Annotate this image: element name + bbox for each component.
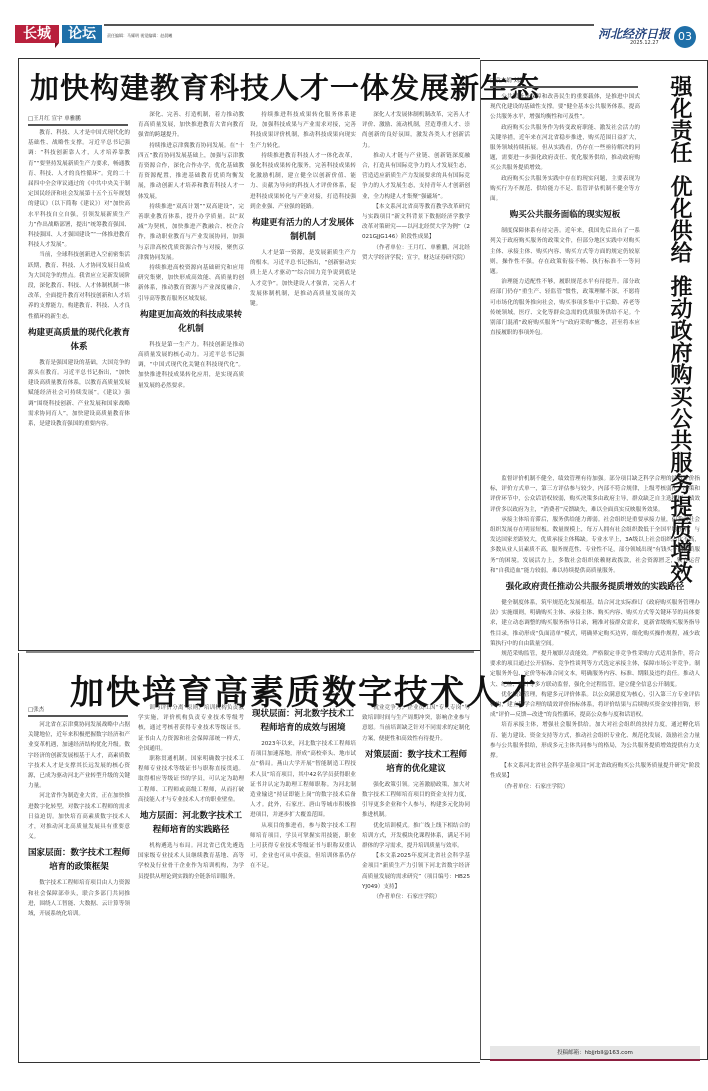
subheading: 对策层面：数字技术工程师培育的优化建议: [362, 748, 470, 776]
paragraph: 河北省作为制造业大省，正在加快推进数字化转型，对数字技术工程师的需求日益迫切。加…: [28, 791, 130, 842]
section-divider: [26, 651, 474, 653]
paragraph: 持续推进科技成果转化服务体系建设，加强科技成果与产业需求对接，完善科技成果评价机…: [250, 110, 356, 151]
paragraph: 教育是强国建设的基础，大国竞争的源头在教育。习近平总书记指出，“加快建设高质量教…: [28, 358, 130, 429]
byline-rule: [28, 124, 128, 126]
editors-credit: 责任编辑：马耀明 视觉编辑：赵晨曦: [107, 33, 172, 39]
author-affiliation: （作者单位：石家庄学院）: [362, 892, 470, 902]
paragraph: 持续推进“双高计划”“双高建设”，完善职业教育体系，提升办学质量。以“双减”为契…: [138, 202, 244, 263]
author-affiliation: （作者单位：王月红、单雅鹏，河北经贸大学经济学院；宣宇，财达证券研究院）: [362, 243, 470, 263]
paragraph: 当前，全球科技创新进入空前密集活跃期，教育、科技、人才协同发展日益成为大国竞争的…: [28, 250, 130, 321]
paragraph: 政府购买公共服务作为转变政府职能、激发社会活力的关键举措，近年来在河北省稳步推进…: [490, 123, 640, 174]
author-affiliation: （作者单位：石家庄学院）: [490, 782, 700, 792]
paragraph: 持续推进教育科技人才一体化改革，强化科技成果转化服务，完善科技成果转化激励机制，…: [250, 151, 356, 212]
paragraph: 数字技术工程师培育项目由人力资源和社会保障部牵头，联合多部门共同推进，围绕人工智…: [28, 878, 130, 919]
paragraph: 科技是第一生产力。科技创新是推动高质量发展的核心动力。习近平总书记强调，“中国式…: [138, 340, 244, 391]
subheading: 现状层面：河北数字技术工程师培育的成效与困境: [250, 707, 356, 735]
subheading: 构建更高质量的现代化教育体系: [28, 326, 130, 354]
paragraph: 监督评价机制不健全，绩效管理有待加强。部分项目缺乏科学合理的绩效评价指标，评价方…: [490, 474, 700, 515]
byline-rule: [28, 715, 128, 717]
subheading: 购买公共服务面临的现实短板: [490, 208, 640, 222]
article3-byline: □袁文娟 刘瑞: [490, 76, 524, 84]
funding-note: 【本文系河北省社会科学基金项目“河北省政府购买公共服务质量提升研究”阶段性成果】: [490, 761, 700, 781]
article1-headline: 加快构建教育科技人才一体发展新生态: [30, 66, 540, 107]
issue-date: 2025.12.27: [630, 40, 659, 46]
paragraph: 优化绩效管理，构建多元评价体系。以公众满意度为核心，引入第三方专业评估机构，建立…: [490, 690, 700, 721]
subheading: 强化政府责任推动公共服务提质增效的实践路径: [490, 580, 700, 594]
paragraph: 健全制度体系，筑牢规范化发展根基。结合河北实际修订《政府购买服务管理办法》实施细…: [490, 598, 700, 649]
paragraph: 2023年以来，河北数字技术工程师培育项目加速落地，形成“高校牵头、地市试点”格…: [250, 739, 356, 821]
paragraph: 深化人才发展体制机制改革，完善人才评价、激励、流动机制，营造尊重人才、崇尚创新的…: [362, 110, 470, 151]
paragraph: 治理能力适配性不够，履职规范水平有待提升。部分政府部门仍存“重生产、轻监管”惯性…: [490, 277, 640, 338]
paragraph: 持续推进高校资源向基础研究和应用研究集聚，加快形成高效能、高质量的创新体系，推动…: [138, 263, 244, 304]
paragraph: 政府购买公共服务实践中存在的现实问题，主要表现为购买行为不规范、供给能力不足、监…: [490, 174, 640, 205]
funding-note: 【本文系2025年度河北省社会科学基金项目“新质生产力引领下河北省数字经济高质量…: [362, 851, 470, 892]
subheading: 构建更有活力的人才发展体制机制: [250, 216, 356, 244]
paragraph: 承接主体培育滞后，服务供给能力薄弱。社会组织是重要承接力量，但我省社会组织发展存…: [490, 515, 700, 576]
subheading: 国家层面：数字技术工程师培育的政策框架: [28, 846, 130, 874]
byline-rule: [490, 86, 638, 88]
article1-byline: □王月红 宣宇 单雅鹏: [28, 114, 81, 122]
paragraph: 河北省在京津冀协同发展战略中占据关键地位，近年来积极把握数字经济和产业变革机遇，…: [28, 720, 130, 791]
paragraph: 深化、完善、打造机制，着力推动教育高质量发展，加快推进教育大省向教育强省的跨越提…: [138, 110, 244, 141]
paragraph: 训与评价分离“原则，培训机构负责教学实施，评价机构负责专业技术等级考核，通过考核…: [138, 703, 244, 754]
paragraph: 教育、科技、人才是中国式现代化的基础性、战略性支撑。习近平总书记强调：“科技创新…: [28, 128, 130, 250]
paragraph: 公共服务是保障和改善民生的重要载体，是推进中国式现代化建设的基础性支撑。要“健全…: [490, 92, 640, 123]
paragraph: 机构遴选与布局。河北省已优先遴选国家级专业技术人员继续教育基地、高等学校及行业骨…: [138, 841, 244, 882]
paragraph: 推动人才链与产业链、创新链深度融合，打造具有国际竞争力的人才发展生态，营造适应新…: [362, 151, 470, 202]
section-tag-luntan: 论坛: [62, 25, 102, 43]
article3-column-lower: 监督评价机制不健全，绩效管理有待加强。部分项目缺乏科学合理的绩效评价指标，评价方…: [490, 474, 700, 1044]
article2-column-1: 河北省在京津冀协同发展战略中占据关键地位，近年来积极把握数字经济和产业变革机遇，…: [28, 720, 130, 1055]
headline-part-2: 优化供给: [668, 175, 692, 263]
submission-email-bar[interactable]: 投稿邮箱：hbjjrbll@163.com: [490, 1046, 700, 1061]
article1-column-2: 深化、完善、打造机制，着力推动教育高质量发展，加快推进教育大省向教育强省的跨越提…: [138, 110, 244, 643]
article1-column-1: 教育、科技、人才是中国式现代化的基础性、战略性支撑。习近平总书记强调：“科技创新…: [28, 128, 130, 643]
masthead: 长城 论坛 责任编辑：马耀明 视觉编辑：赵晨曦 河北经济日报 2025.12.2…: [0, 0, 708, 48]
article3-column-upper: 公共服务是保障和改善民生的重要载体，是推进中国式现代化建设的基础性支撑。要“健全…: [490, 92, 640, 472]
article1-column-4: 深化人才发展体制机制改革，完善人才评价、激励、流动机制，营造尊重人才、崇尚创新的…: [362, 110, 470, 643]
article2-column-2: 训与评价分离“原则，培训机构负责教学实施，评价机构负责专业技术等级考核，通过考核…: [138, 703, 244, 1055]
paragraph: 制度保障体系有待完善。近年来，我国先后出台了一系列关于政府购买服务的政策文件，但…: [490, 226, 640, 277]
paragraph: 优化培训模式。推广线上线下相结合的培训方式，开发模块化课程体系，满足不同群体的学…: [362, 821, 470, 852]
article2-column-3: 现状层面：河北数字技术工程师培育的成效与困境 2023年以来，河北数字技术工程师…: [250, 703, 356, 1055]
paragraph: 培育承接主体，增强社会服务供给。加大对社会组织的扶持力度，通过孵化培育、能力建设…: [490, 720, 700, 761]
paragraph: 就业竞争力；企业员工因“专人专岗”导致培训时间与生产周期冲突，影响企业参与意愿。…: [362, 703, 470, 744]
paragraph: 强化政策引领。完善激励政策，加大对数字技术工程师培育项目的资金支持力度，引导更多…: [362, 780, 470, 821]
article2-column-4: 就业竞争力；企业员工因“专人专岗”导致培训时间与生产周期冲突，影响企业参与意愿。…: [362, 703, 470, 1055]
article2-byline: □张杰: [28, 705, 44, 713]
paragraph: 持续推进京津冀教育协同发展。在“十四五”教育协同发展基础上，加强与京津教育资源合…: [138, 141, 244, 202]
paragraph: 从项目的推进看，参与数字技术工程师培育项目，学员可掌握实用技能，职业上可获得专业…: [250, 821, 356, 872]
subheading: 地方层面：河北数字技术工程师培育的实践路径: [138, 809, 244, 837]
article1-column-3: 持续推进科技成果转化服务体系建设，加强科技成果与产业需求对接，完善科技成果评价机…: [250, 110, 356, 643]
section-tag-changcheng: 长城: [15, 25, 59, 43]
page-number-badge: 03: [674, 26, 696, 48]
paragraph: 人才是第一资源，是发展新质生产力的根本。习近平总书记指出，“创新驱动实质上是人才…: [250, 248, 356, 309]
subheading: 构建更加高效的科技成果转化机制: [138, 308, 244, 336]
funding-note: 【本文系河北省高等教育教学改革研究与实践项目“新文科背景下数据经济学教学改革对策…: [362, 202, 470, 243]
paragraph: 职称贯通机制。国家明确数字技术工程师专业技术等级证书与职称直接贯通。取得相应等级…: [138, 754, 244, 805]
paragraph: 规范采购监管，提升履职尽责能效。严格限定非竞争性采购方式适用条件，符合要求的项目…: [490, 649, 700, 690]
masthead-rule: [104, 24, 594, 26]
headline-part-1: 强化责任: [668, 75, 692, 163]
